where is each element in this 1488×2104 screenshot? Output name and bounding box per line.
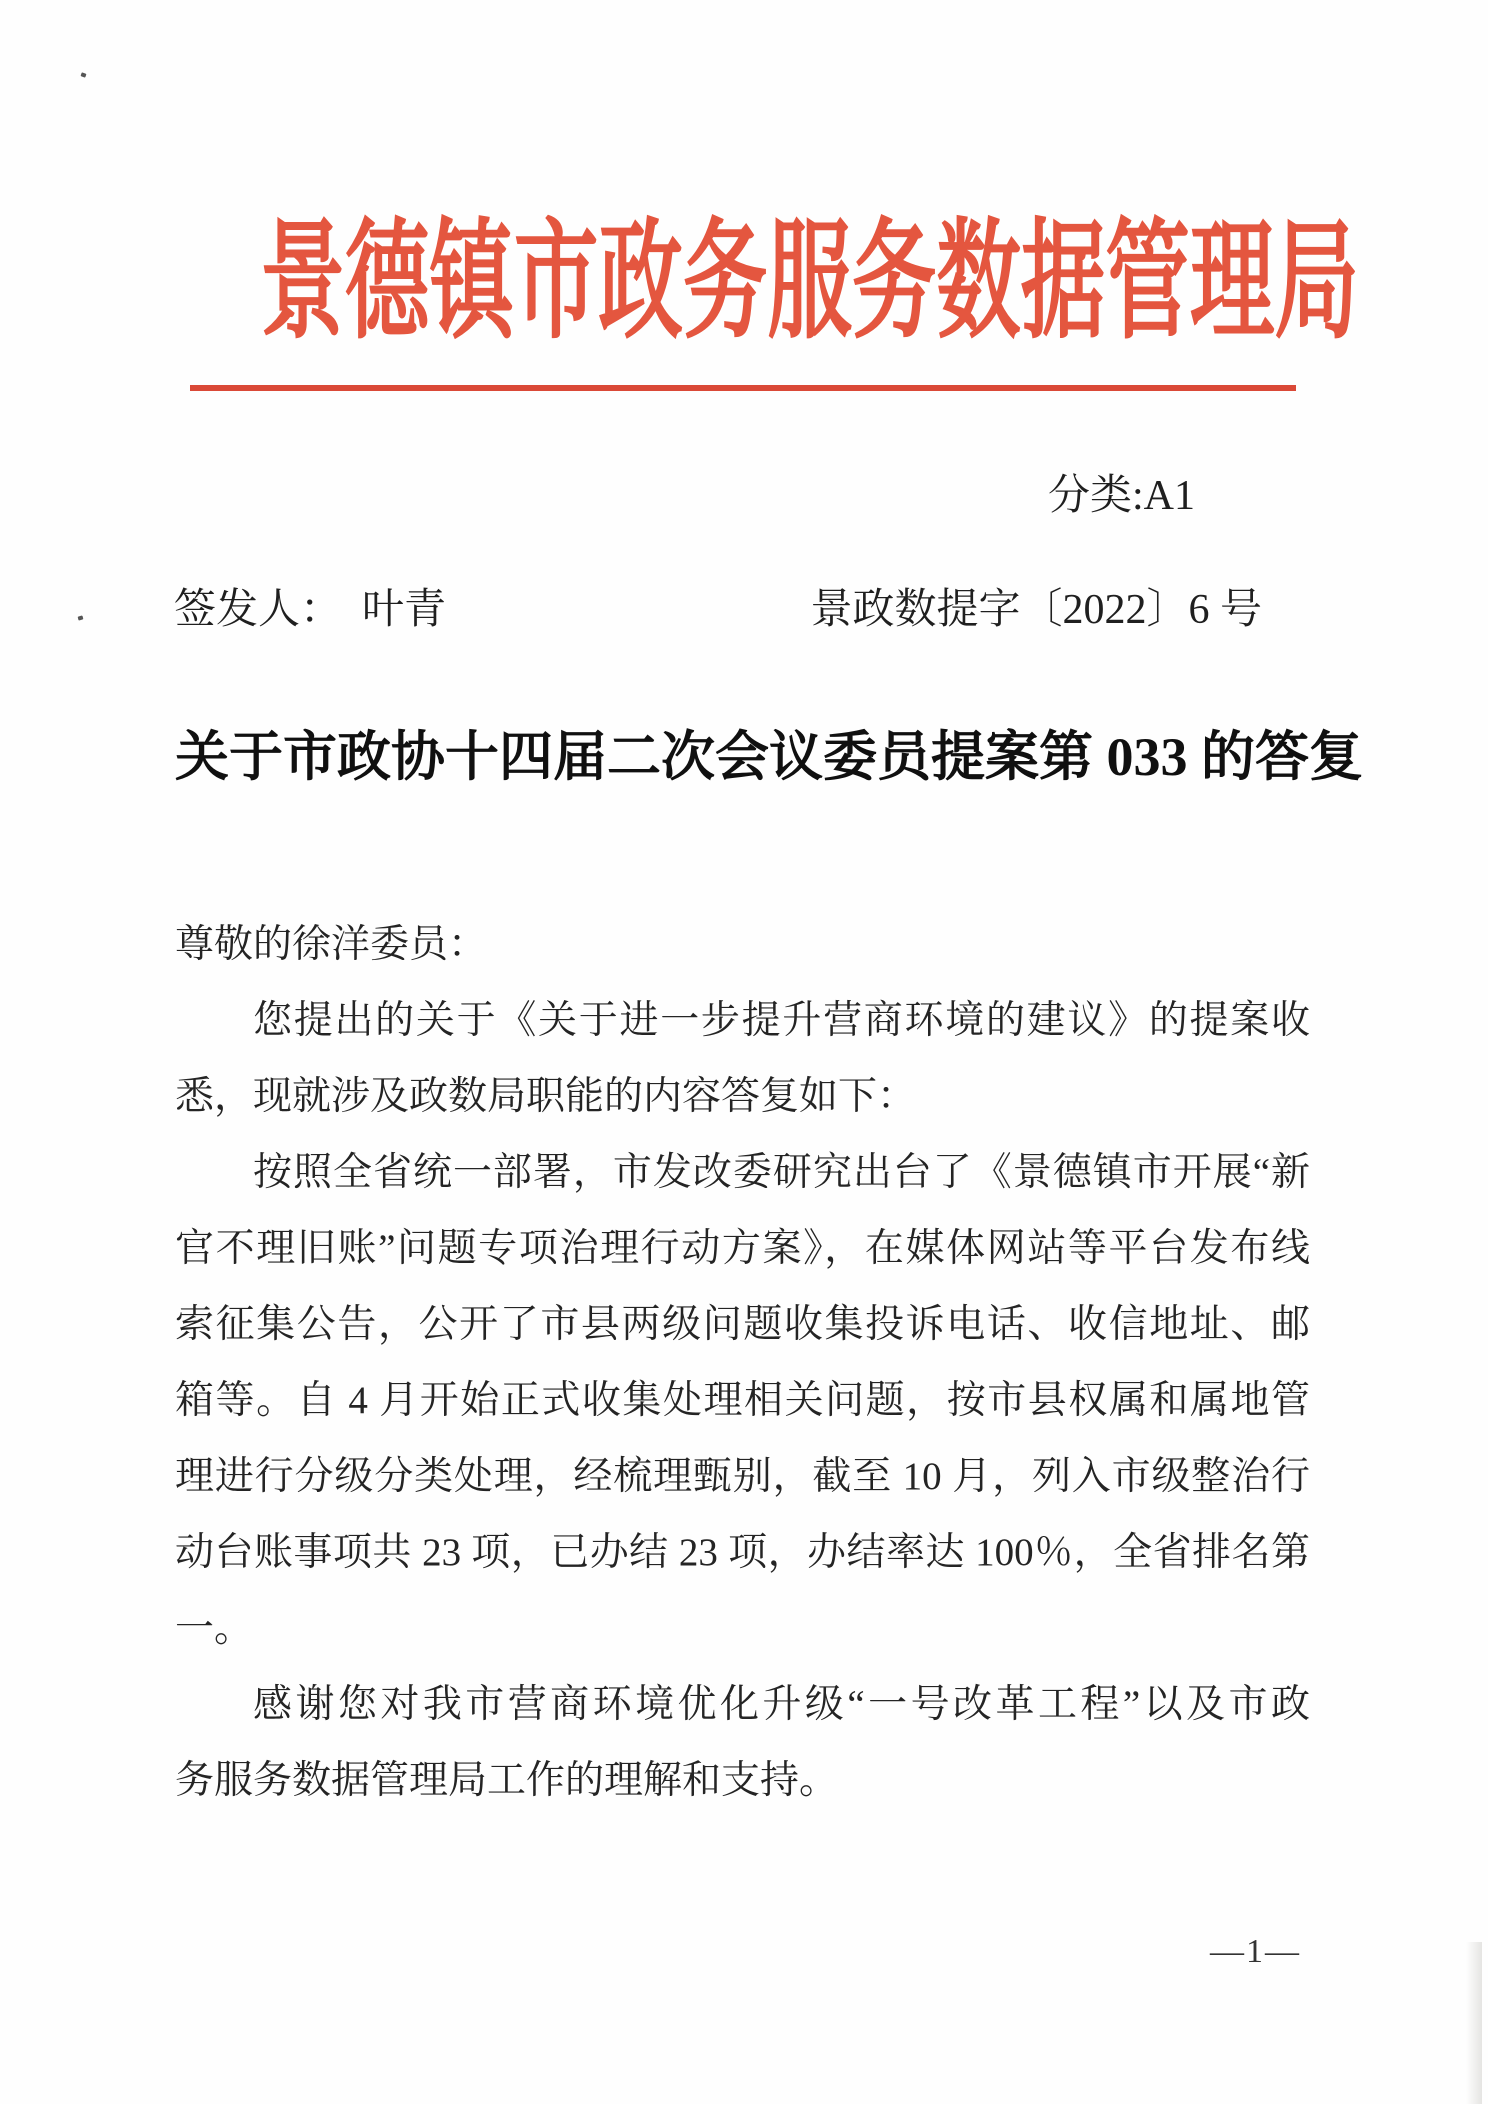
scan-speck-artifact: [78, 615, 84, 620]
issuer-name: 叶青: [362, 587, 446, 633]
body-line: 感谢您对我市营商环境优化升级“一号改革工程”以及市政: [175, 1667, 1310, 1743]
issuer-label: 签发人：: [174, 587, 342, 633]
scan-speck-artifact: [80, 72, 86, 77]
body-line: 务服务数据管理局工作的理解和支持。: [175, 1743, 1310, 1819]
body-line: 索征集公告，公开了市县两级问题收集投诉电话、收信地址、邮: [175, 1287, 1310, 1363]
issuer-line: 签发人：叶青: [174, 576, 446, 636]
body-line: 您提出的关于《关于进一步提升营商环境的建议》的提案收: [175, 983, 1310, 1059]
header-divider-line: [190, 385, 1296, 391]
body-line: 一。: [175, 1591, 1310, 1667]
body-line: 按照全省统一部署，市发改委研究出台了《景德镇市开展“新: [175, 1135, 1310, 1211]
agency-header-title: 景德镇市政务服务数据管理局: [260, 218, 1227, 348]
body-line: 理进行分级分类处理，经梳理甄别，截至 10 月，列入市级整治行: [175, 1439, 1310, 1515]
document-title: 关于市政协十四届二次会议委员提案第 033 的答复: [175, 714, 1315, 791]
page-number: —1—: [1210, 1933, 1301, 1971]
scan-edge-artifact: [1466, 1942, 1482, 2104]
body-line: 尊敬的徐洋委员：: [175, 907, 1310, 983]
document-number: 景政数提字〔2022〕6 号: [810, 576, 1262, 636]
body-line: 悉，现就涉及政数局职能的内容答复如下：: [175, 1059, 1310, 1135]
body-line: 动台账事项共 23 项，已办结 23 项，办结率达 100％，全省排名第: [175, 1515, 1310, 1591]
document-body: 尊敬的徐洋委员：您提出的关于《关于进一步提升营商环境的建议》的提案收悉，现就涉及…: [175, 907, 1310, 1819]
document-page: 景德镇市政务服务数据管理局 分类:A1 签发人：叶青 景政数提字〔2022〕6 …: [0, 0, 1488, 2104]
body-line: 箱等。自 4 月开始正式收集处理相关问题，按市县权属和属地管: [175, 1363, 1310, 1439]
classification-label: 分类:A1: [1048, 462, 1195, 522]
body-line: 官不理旧账”问题专项治理行动方案》，在媒体网站等平台发布线: [175, 1211, 1310, 1287]
